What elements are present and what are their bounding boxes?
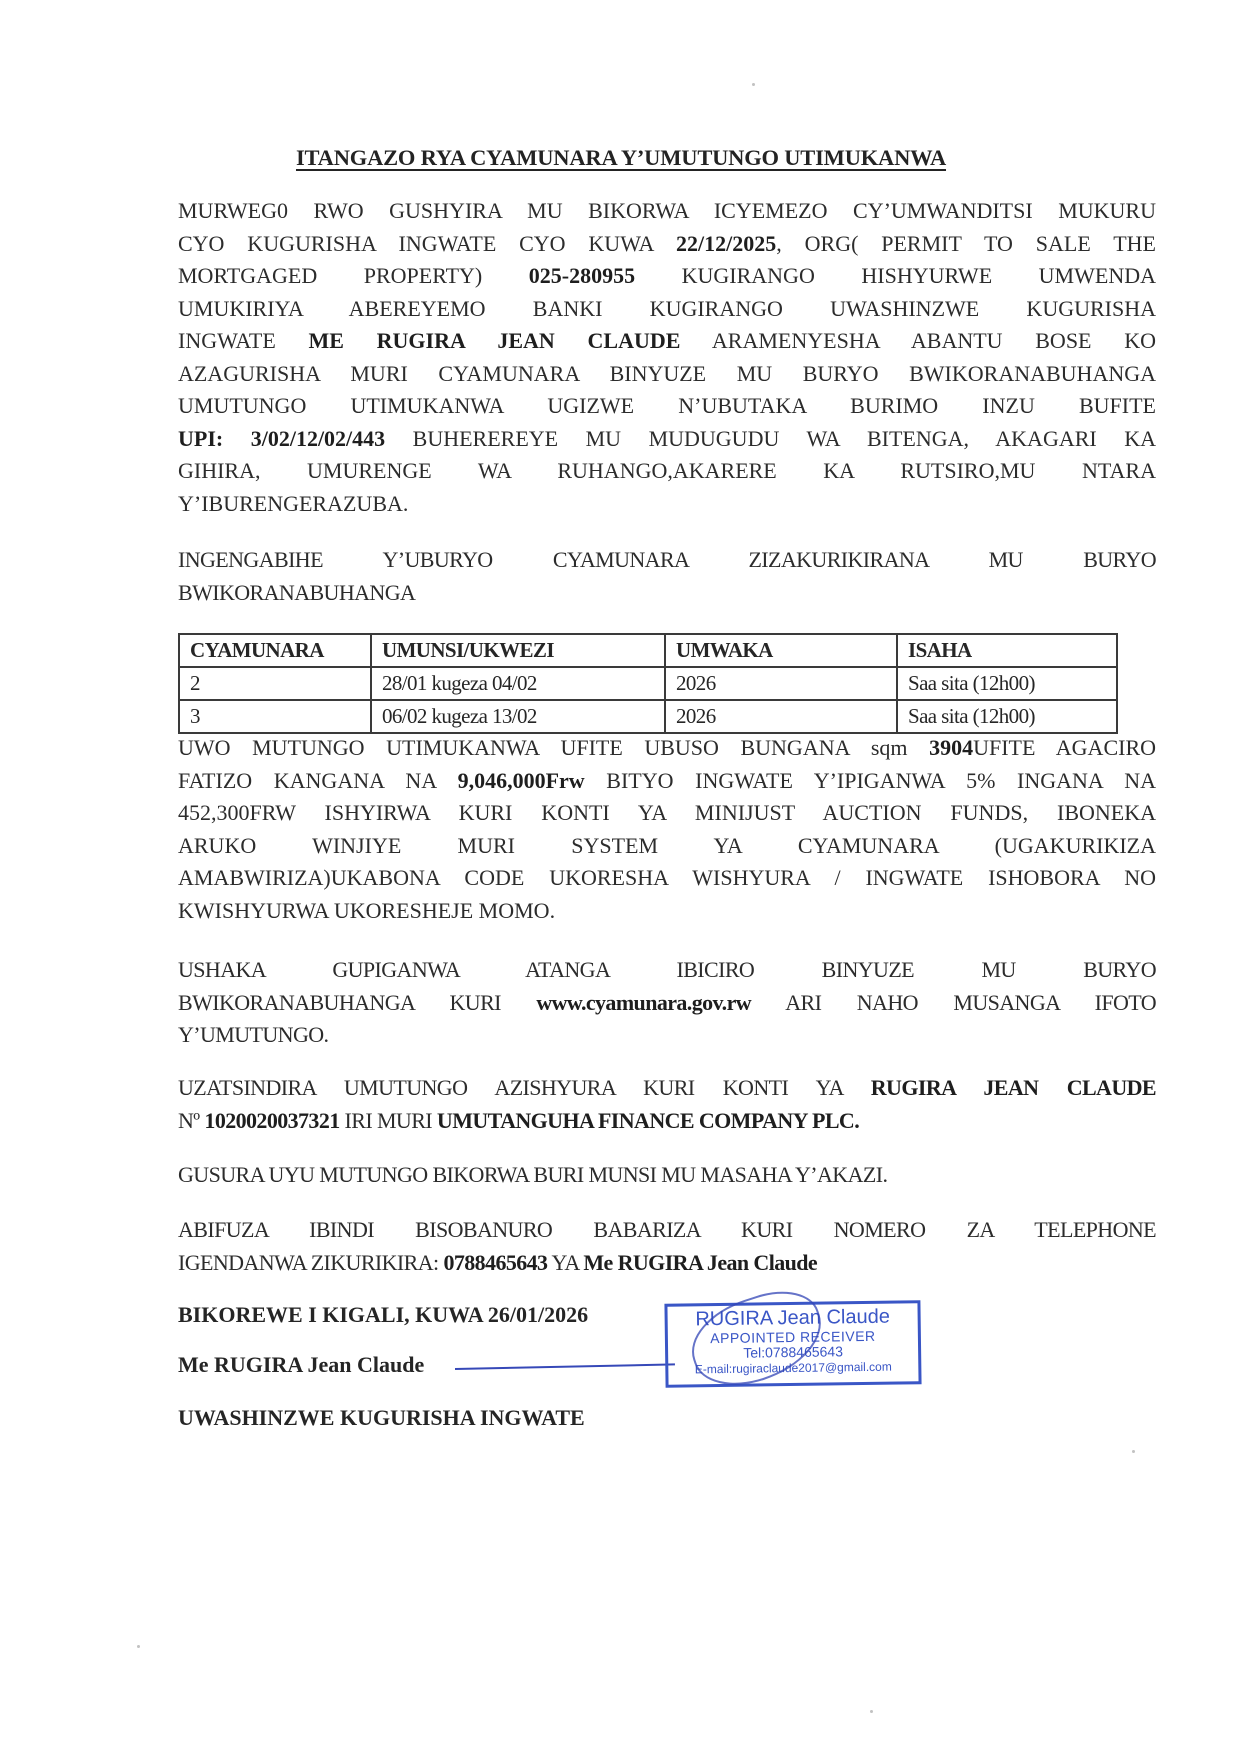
text-line: MORTGAGED PROPERTY) 025-280955 KUGIRANGO… [178, 260, 1156, 293]
text-line: Y’UMUTUNGO. [178, 1019, 1156, 1052]
text-line: GIHIRA, UMURENGE WA RUHANGO,AKARERE KA R… [178, 455, 1156, 488]
intro-paragraph: MURWEG0 RWO GUSHYIRA MU BIKORWA ICYEMEZO… [178, 195, 1156, 520]
property-details-paragraph: UWO MUTUNGO UTIMUKANWA UFITE UBUSO BUNGA… [178, 732, 1156, 927]
scanned-document-page: ITANGAZO RYA CYAMUNARA Y’UMUTUNGO UTIMUK… [0, 0, 1242, 1755]
text-line: BWIKORANABUHANGA [178, 577, 1156, 610]
text-line: INGENGABIHE Y’UBURYO CYAMUNARA ZIZAKURIK… [178, 544, 1156, 577]
signature-stroke [455, 1363, 675, 1370]
emphasized-text: UMUTANGUHA FINANCE COMPANY PLC. [437, 1108, 859, 1133]
bidding-paragraph: USHAKA GUPIGANWA ATANGA IBICIRO BINYUZE … [178, 954, 1156, 1052]
payment-paragraph: UZATSINDIRA UMUTUNGO AZISHYURA KURI KONT… [178, 1072, 1156, 1137]
text-line: Y’IBURENGERAZUBA. [178, 488, 1156, 521]
emphasized-text: 9,046,000Frw [458, 768, 585, 793]
text-line: UZATSINDIRA UMUTUNGO AZISHYURA KURI KONT… [178, 1072, 1156, 1105]
cell-auction-number: 2 [179, 667, 371, 700]
cell-date-range: 06/02 kugeza 13/02 [371, 700, 665, 733]
cell-year: 2026 [665, 700, 897, 733]
contact-paragraph: ABIFUZA IBINDI BISOBANURO BABARIZA KURI … [178, 1214, 1156, 1279]
scan-speck [1132, 1450, 1135, 1453]
text-line: AMABWIRIZA)UKABONA CODE UKORESHA WISHYUR… [178, 862, 1156, 895]
text-line: GUSURA UYU MUTUNGO BIKORWA BURI MUNSI MU… [178, 1159, 1156, 1192]
scan-speck [137, 1645, 140, 1648]
text-line: AZAGURISHA MURI CYAMUNARA BINYUZE MU BUR… [178, 358, 1156, 391]
emphasized-text: 1020020037321 [204, 1108, 339, 1133]
text-line: IGENDANWA ZIKURIKIRA: 0788465643 YA Me R… [178, 1247, 1156, 1280]
text-line: UPI: 3/02/12/02/443 BUHEREREYE MU MUDUGU… [178, 423, 1156, 456]
cell-date-range: 28/01 kugeza 04/02 [371, 667, 665, 700]
table-row: 3 06/02 kugeza 13/02 2026 Saa sita (12h0… [179, 700, 1117, 733]
text-line: BWIKORANABUHANGA KURI www.cyamunara.gov.… [178, 987, 1156, 1020]
header-cyamunara: CYAMUNARA [179, 634, 371, 667]
text-line: CYO KUGURISHA INGWATE CYO KUWA 22/12/202… [178, 228, 1156, 261]
emphasized-text: 3904 [929, 735, 973, 760]
text-line: FATIZO KANGANA NA 9,046,000Frw BITYO ING… [178, 765, 1156, 798]
signatory-role: UWASHINZWE KUGURISHA INGWATE [178, 1405, 585, 1431]
text-line: INGWATE ME RUGIRA JEAN CLAUDE ARAMENYESH… [178, 325, 1156, 358]
emphasized-text: Me RUGIRA Jean Claude [583, 1250, 817, 1275]
header-isaha: ISAHA [897, 634, 1117, 667]
emphasized-text: ME RUGIRA JEAN CLAUDE [308, 328, 680, 353]
text-line: 452,300FRW ISHYIRWA KURI KONTI YA MINIJU… [178, 797, 1156, 830]
text-line: UMUTUNGO UTIMUKANWA UGIZWE N’UBUTAKA BUR… [178, 390, 1156, 423]
emphasized-text: 0788465643 [443, 1250, 547, 1275]
emphasized-text: www.cyamunara.gov.rw [536, 990, 751, 1015]
visit-paragraph: GUSURA UYU MUTUNGO BIKORWA BURI MUNSI MU… [178, 1159, 1156, 1192]
text-line: USHAKA GUPIGANWA ATANGA IBICIRO BINYUZE … [178, 954, 1156, 987]
header-umunsi-ukwezi: UMUNSI/UKWEZI [371, 634, 665, 667]
scan-speck [752, 83, 755, 86]
cell-auction-number: 3 [179, 700, 371, 733]
text-line: ABIFUZA IBINDI BISOBANURO BABARIZA KURI … [178, 1214, 1156, 1247]
signatory-name: Me RUGIRA Jean Claude [178, 1352, 424, 1378]
scan-speck [870, 1710, 873, 1713]
table-header-row: CYAMUNARA UMUNSI/UKWEZI UMWAKA ISAHA [179, 634, 1117, 667]
auction-schedule-table: CYAMUNARA UMUNSI/UKWEZI UMWAKA ISAHA 2 2… [178, 633, 1118, 734]
text-line: Nº 1020020037321 IRI MURI UMUTANGUHA FIN… [178, 1105, 1156, 1138]
table-row: 2 28/01 kugeza 04/02 2026 Saa sita (12h0… [179, 667, 1117, 700]
cell-time: Saa sita (12h00) [897, 667, 1117, 700]
text-line: MURWEG0 RWO GUSHYIRA MU BIKORWA ICYEMEZO… [178, 195, 1156, 228]
text-line: UWO MUTUNGO UTIMUKANWA UFITE UBUSO BUNGA… [178, 732, 1156, 765]
emphasized-text: 22/12/2025 [676, 231, 776, 256]
text-line: KWISHYURWA UKORESHEJE MOMO. [178, 895, 1156, 928]
schedule-intro-paragraph: INGENGABIHE Y’UBURYO CYAMUNARA ZIZAKURIK… [178, 544, 1156, 609]
header-umwaka: UMWAKA [665, 634, 897, 667]
cell-time: Saa sita (12h00) [897, 700, 1117, 733]
emphasized-text: UPI: 3/02/12/02/443 [178, 426, 385, 451]
emphasized-text: 025-280955 [529, 263, 635, 288]
place-and-date: BIKOREWE I KIGALI, KUWA 26/01/2026 [178, 1302, 588, 1328]
text-line: UMUKIRIYA ABEREYEMO BANKI KUGIRANGO UWAS… [178, 293, 1156, 326]
cell-year: 2026 [665, 667, 897, 700]
document-title: ITANGAZO RYA CYAMUNARA Y’UMUTUNGO UTIMUK… [0, 145, 1242, 171]
emphasized-text: RUGIRA JEAN CLAUDE [871, 1075, 1156, 1100]
text-line: ARUKO WINJIYE MURI SYSTEM YA CYAMUNARA (… [178, 830, 1156, 863]
